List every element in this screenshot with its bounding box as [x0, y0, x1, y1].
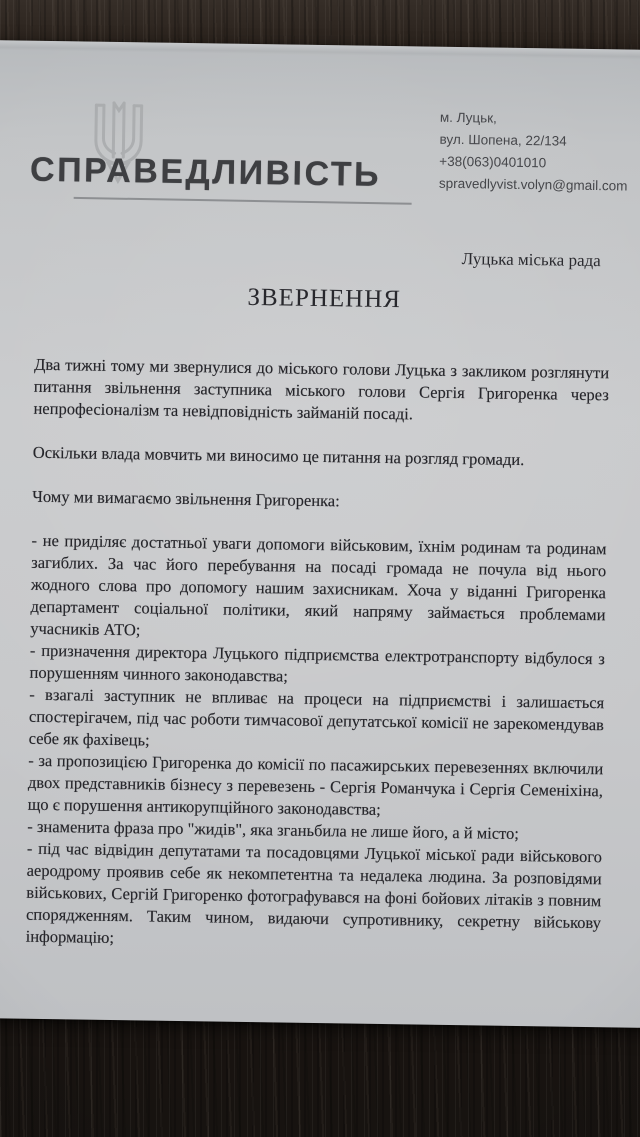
contact-email: spravedlyvist.volyn@gmail.com	[439, 173, 628, 198]
document-title: ЗВЕРНЕННЯ	[0, 280, 640, 318]
letterhead-underline	[74, 197, 412, 205]
contact-phone: +38(063)0401010	[439, 151, 628, 176]
contact-info: м. Луцьк, вул. Шопена, 22/134 +38(063)04…	[439, 107, 629, 198]
photo-scene: СПРАВЕДЛИВІСТЬ м. Луцьк, вул. Шопена, 22…	[0, 0, 640, 1137]
paragraph-appeal-intro: Два тижні тому ми звернулися до міського…	[33, 354, 609, 429]
reason-item-military-aid: - не приділяє достатньої уваги допомоги …	[30, 530, 607, 649]
paragraph-reasons-intro: Чому ми вимагаємо звільнення Григоренка:	[32, 486, 607, 517]
recipient-line: Луцька міська рада	[462, 249, 601, 271]
reason-item-observer: - взагалі заступник не впливає на процес…	[28, 684, 604, 759]
paragraph-community: Оскільки влада мовчить ми виносимо це пи…	[33, 442, 608, 473]
document-sheet: СПРАВЕДЛИВІСТЬ м. Луцьк, вул. Шопена, 22…	[0, 40, 640, 1028]
reason-item-airfield: - під час відвідин депутатами та посадов…	[26, 838, 603, 957]
contact-street: вул. Шопена, 22/134	[439, 129, 628, 154]
contact-city: м. Луцьк,	[440, 107, 629, 132]
reason-item-commission: - за пропозицією Григоренка до комісії п…	[27, 750, 603, 825]
organization-name: СПРАВЕДЛИВІСТЬ	[30, 151, 381, 195]
document-body: Два тижні тому ми звернулися до міського…	[26, 354, 610, 956]
